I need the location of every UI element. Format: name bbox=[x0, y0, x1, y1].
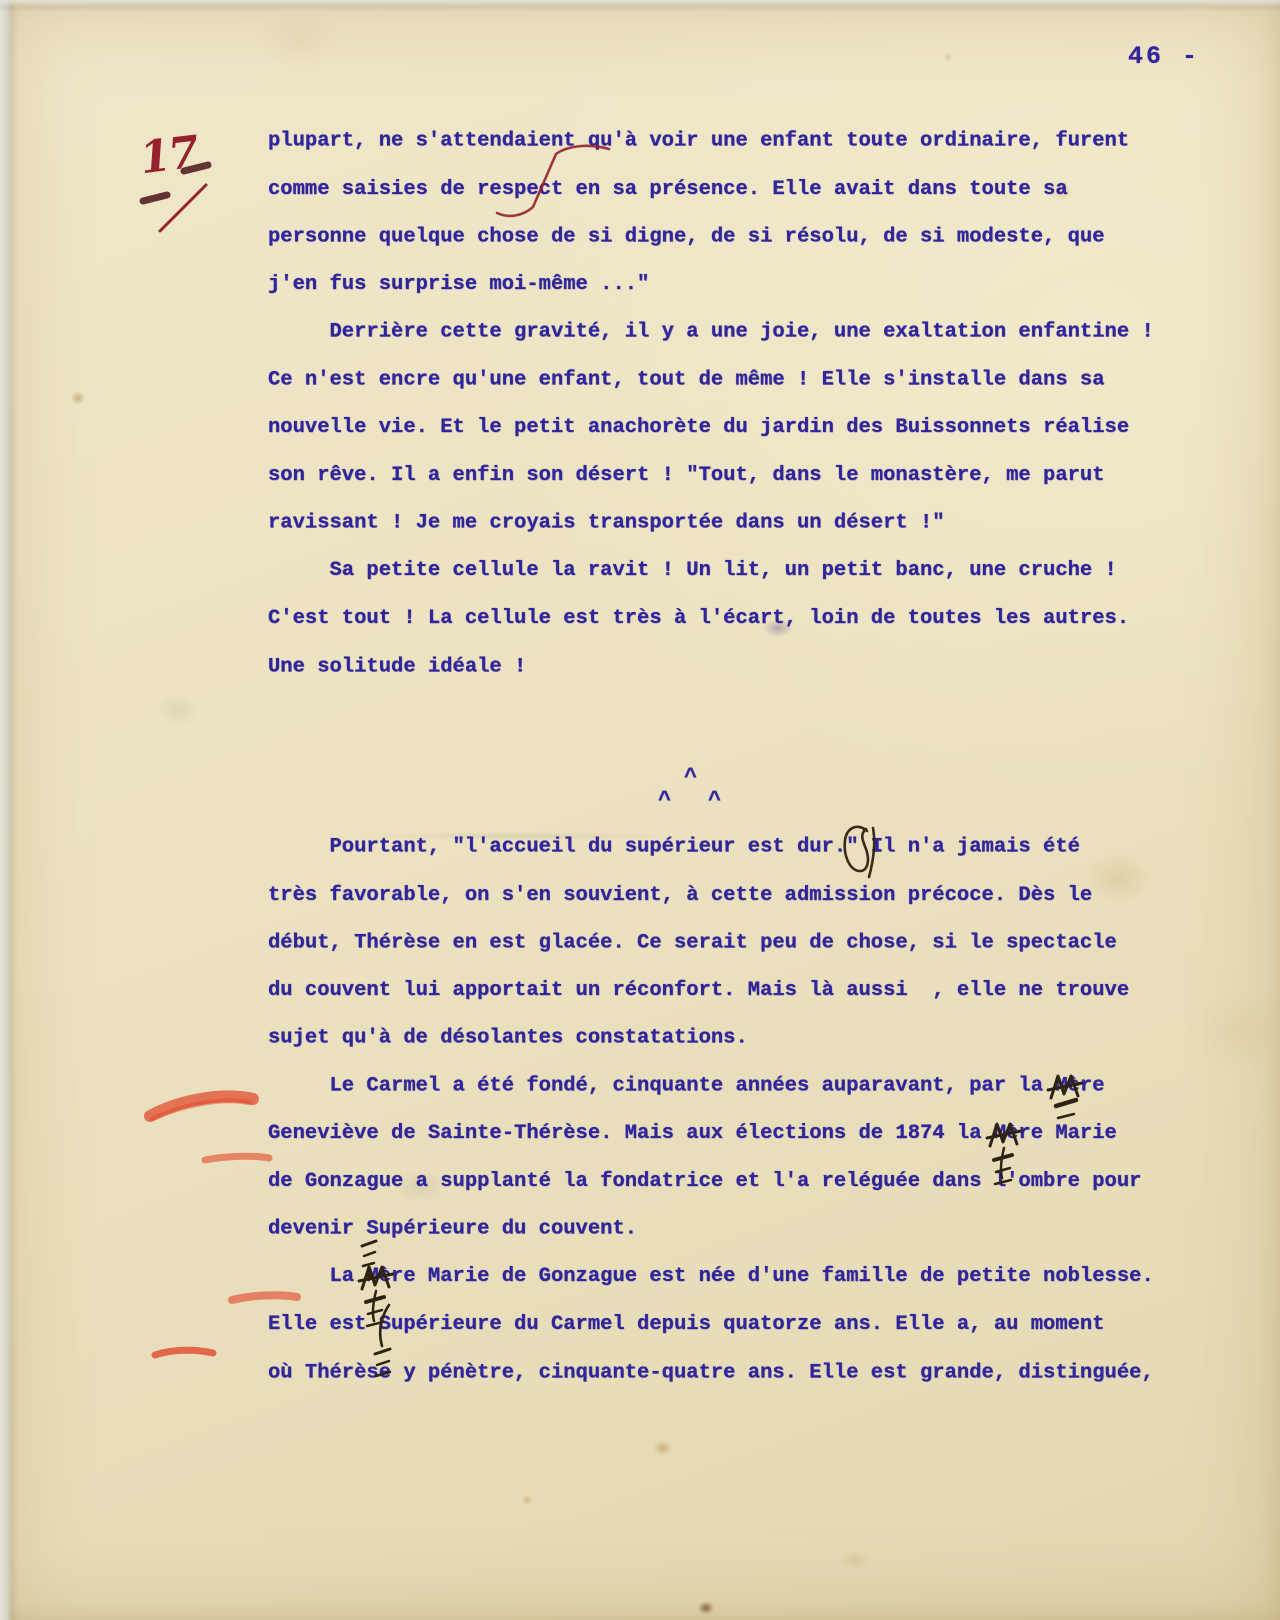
typed-line: du couvent lui apportait un réconfort. M… bbox=[268, 967, 1188, 1015]
typed-line: Le Carmel a été fondé, cinquante années … bbox=[268, 1063, 1188, 1111]
typed-line: sujet qu'à de désolantes constatations. bbox=[268, 1014, 1188, 1062]
typed-line: Derrière cette gravité, il y a une joie,… bbox=[268, 308, 1188, 356]
typed-line: La Mère Marie de Gonzague est née d'une … bbox=[268, 1253, 1188, 1301]
typed-text-block-2: Pourtant, "l'accueil du supérieur est du… bbox=[268, 824, 1188, 1396]
typed-line: j'en fus surprise moi-même ..." bbox=[268, 261, 1188, 309]
red-pencil-stroke-elle-est bbox=[155, 1350, 213, 1355]
typed-line: personne quelque chose de si digne, de s… bbox=[268, 214, 1188, 262]
typed-line: ravissant ! Je me croyais transportée da… bbox=[268, 499, 1188, 547]
red-pencil-stroke-le-carmel bbox=[150, 1096, 253, 1116]
typed-text-block-1: plupart, ne s'attendaient qu'à voir une … bbox=[268, 118, 1188, 690]
caret-mark: ^ bbox=[708, 790, 721, 812]
caret-mark: ^ bbox=[684, 767, 697, 789]
typed-line: début, Thérèse en est glacée. Ce serait … bbox=[268, 920, 1188, 968]
typed-line: son rêve. Il a enfin son désert ! "Tout,… bbox=[268, 452, 1188, 500]
manuscript-page: 46 - 17 plupart, ne s'attendaient qu'à v… bbox=[0, 0, 1280, 1620]
typed-line: Elle est Supérieure du Carmel depuis qua… bbox=[268, 1301, 1188, 1349]
typed-line: plupart, ne s'attendaient qu'à voir une … bbox=[268, 118, 1188, 166]
caret-mark: ^ bbox=[658, 790, 671, 812]
typed-line: de Gonzague a supplanté la fondatrice et… bbox=[268, 1158, 1188, 1206]
typed-line: Sa petite cellule la ravit ! Un lit, un … bbox=[268, 547, 1188, 595]
page-number: 46 - bbox=[1128, 42, 1200, 71]
typed-line: C'est tout ! La cellule est très à l'éca… bbox=[268, 595, 1188, 643]
typed-line: Ce n'est encre qu'une enfant, tout de mê… bbox=[268, 357, 1188, 405]
typed-line: très favorable, on s'en souvient, à cett… bbox=[268, 872, 1188, 920]
typed-line: nouvelle vie. Et le petit anachorète du … bbox=[268, 404, 1188, 452]
typed-line: Geneviève de Sainte-Thérèse. Mais aux él… bbox=[268, 1110, 1188, 1158]
typed-line: où Thérèse y pénètre, cinquante-quatre a… bbox=[268, 1349, 1188, 1397]
handwritten-margin-number: 17 bbox=[137, 127, 200, 185]
typed-line: Une solitude idéale ! bbox=[268, 643, 1188, 691]
red-pencil-stroke-genevieve bbox=[205, 1156, 269, 1160]
typed-line: comme saisies de respect en sa présence.… bbox=[268, 166, 1188, 214]
typed-line: Pourtant, "l'accueil du supérieur est du… bbox=[268, 824, 1188, 872]
typed-line: devenir Supérieure du couvent. bbox=[268, 1205, 1188, 1253]
